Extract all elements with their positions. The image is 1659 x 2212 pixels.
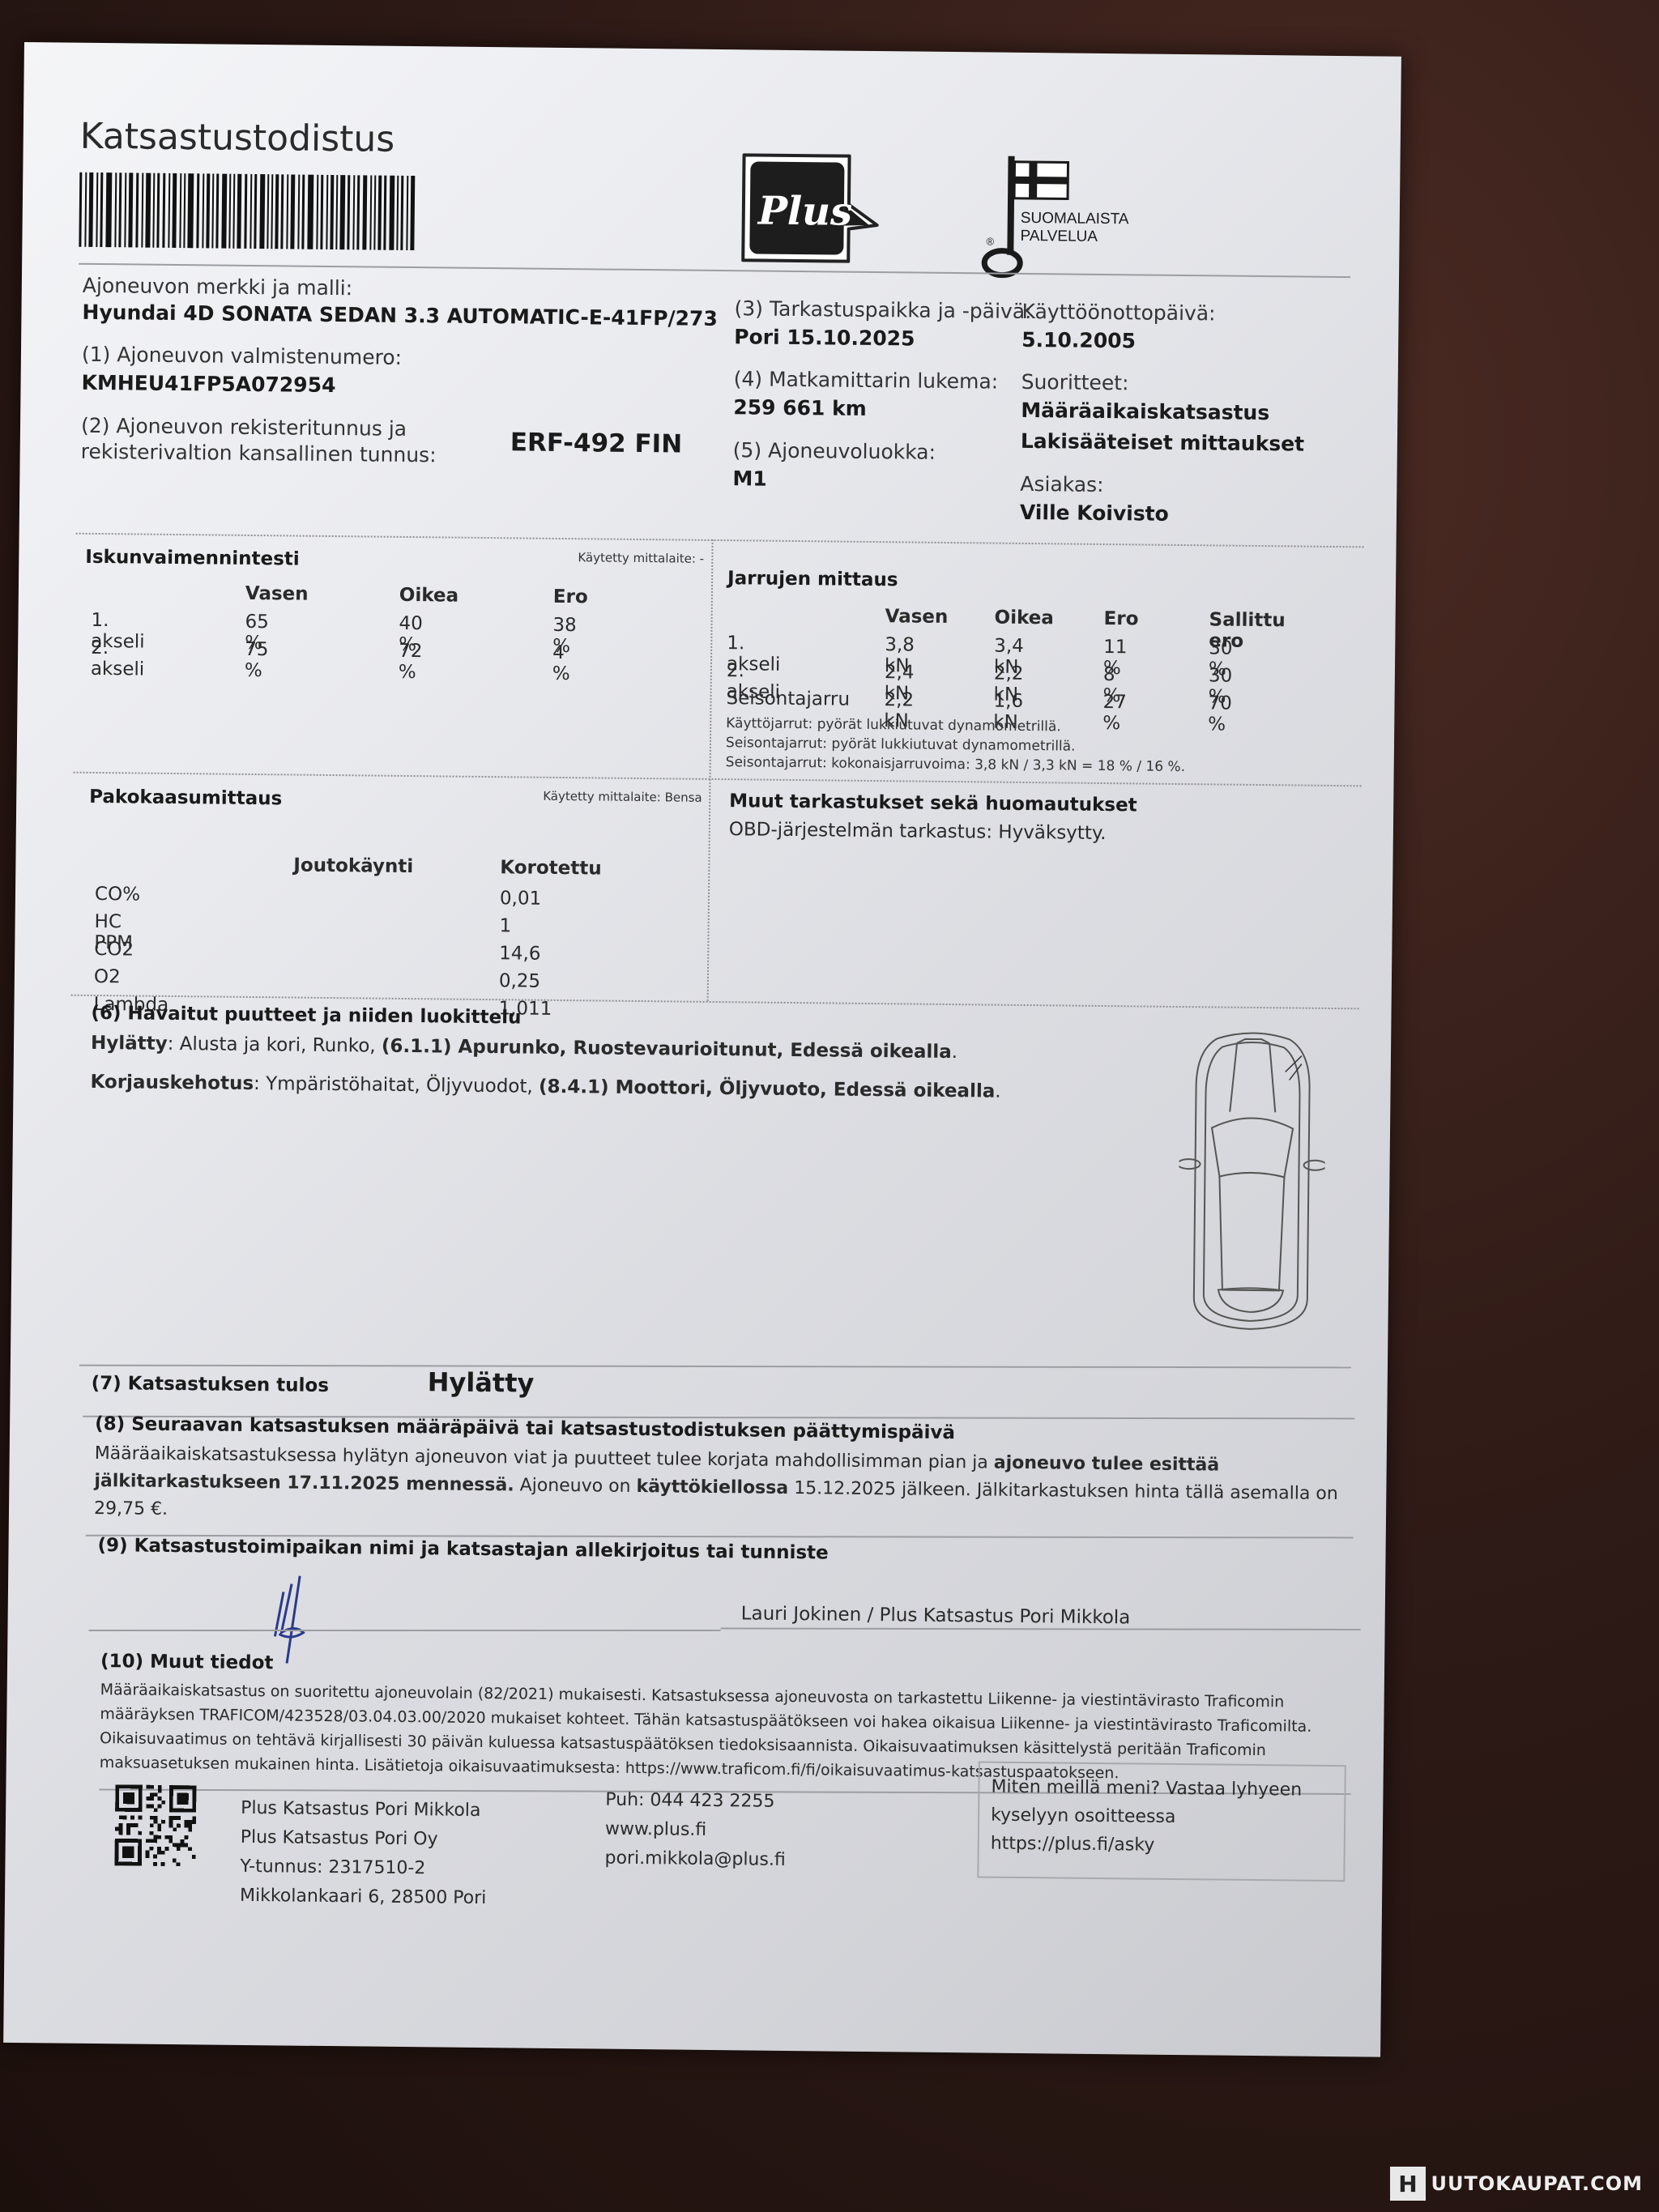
phone: Puh: 044 423 2255: [605, 1786, 787, 1817]
odometer-value: 259 661 km: [733, 395, 867, 420]
document-title: Katsastustodistus: [80, 116, 395, 160]
brake-test-table: VasenOikeaEroSallittu ero1. akseli3,8 kN…: [726, 604, 727, 715]
email-link[interactable]: pori.mikkola@plus.fi: [604, 1844, 786, 1875]
table-cell: CO%: [95, 884, 140, 906]
defects-title: (6) Havaitut puutteet ja niiden luokitte…: [91, 1003, 521, 1029]
defect-severity: Hylätty: [91, 1033, 168, 1055]
table-cell: 2. akseli: [91, 637, 145, 680]
plus-logo: Plus: [735, 147, 882, 270]
table-cell: O2: [94, 966, 121, 987]
place-date-label: (3) Tarkastuspaikka ja -päivä:: [734, 296, 1031, 323]
first-use-label: Käyttöönottopäivä:: [1021, 300, 1215, 326]
table-cell: 14,6: [499, 943, 540, 965]
service-item: Lakisääteiset mittaukset: [1021, 429, 1304, 456]
company-line: Plus Katsastus Pori Mikkola: [241, 1794, 488, 1826]
column-header: Oikea: [994, 607, 1054, 629]
company-line: Mikkolankaari 6, 28500 Pori: [240, 1882, 487, 1913]
svg-text:®: ®: [986, 235, 994, 247]
make-model-value: Hyundai 4D SONATA SEDAN 3.3 AUTOMATIC-E-…: [82, 300, 718, 330]
customer-value: Ville Koivisto: [1020, 501, 1169, 526]
place-date-value: Pori 15.10.2025: [734, 325, 915, 350]
defect-item: Korjauskehotus: Ympäristöhaitat, Öljyvuo…: [90, 1072, 1000, 1102]
reg-label-2: rekisterivaltion kansallinen tunnus:: [81, 440, 437, 467]
column-header: Joutokäynti: [293, 855, 413, 878]
shock-test-table: VasenOikeaEro1. akseli65 %40 %38 %2. aks…: [91, 582, 92, 665]
other-checks-text: OBD-järjestelmän tarkastus: Hyväksytty.: [729, 819, 1107, 844]
table-cell: 0,01: [500, 888, 541, 910]
other-info-title: (10) Muut tiedot: [100, 1651, 274, 1673]
usage-ban: käyttökiellossa: [636, 1477, 788, 1498]
qr-code: [114, 1784, 196, 1866]
inspector-signature: [250, 1567, 348, 1665]
table-cell: 0,25: [499, 970, 540, 992]
divider: [707, 539, 714, 1001]
defect-text: : Ympäristöhaitat, Öljyvuodot,: [254, 1073, 539, 1097]
other-checks-title: Muut tarkastukset sekä huomautukset: [729, 791, 1137, 816]
survey-text: Miten meillä meni? Vastaa lyhyeen kysely…: [979, 1762, 1344, 1871]
divider: [79, 1365, 1351, 1369]
next-inspection-plain: Ajoneuvo on: [514, 1475, 637, 1497]
brake-notes: Käyttöjarrut: pyörät lukkiutuvat dynamom…: [726, 714, 1186, 777]
column-header: Ero: [1103, 608, 1138, 629]
company-line: Plus Katsastus Pori Oy: [241, 1823, 488, 1855]
divider: [721, 1628, 1361, 1630]
huutokaupat-logo-icon: H: [1390, 2167, 1426, 2201]
defect-text: .: [995, 1081, 1001, 1102]
defect-item: Hylätty: Alusta ja kori, Runko, (6.1.1) …: [91, 1033, 957, 1063]
reg-label-1: (2) Ajoneuvon rekisteritunnus ja: [81, 414, 407, 441]
signature-title: (9) Katsastustoimipaikan nimi ja katsast…: [97, 1535, 828, 1563]
suomalaista-palvelua-key-icon: SUOMALAISTA PALVELUA ®: [978, 149, 1166, 280]
company-info: Plus Katsastus Pori Mikkola Plus Katsast…: [240, 1794, 488, 1913]
website-link[interactable]: www.plus.fi: [605, 1815, 787, 1846]
svg-text:PALVELUA: PALVELUA: [1020, 228, 1098, 245]
vin-label: (1) Ajoneuvon valmistenumero:: [82, 343, 402, 369]
service-item: Määräaikaiskatsastus: [1021, 399, 1269, 424]
column-header: Vasen: [885, 606, 948, 628]
next-inspection-text: Määräaikaiskatsastuksessa hylätyn ajoneu…: [94, 1440, 1350, 1536]
car-diagram: [1177, 1022, 1326, 1340]
registration-number: ERF-492 FIN: [510, 428, 683, 458]
column-header: Vasen: [245, 583, 309, 605]
huutokaupat-watermark: H UUTOKAUPAT.COM: [1390, 2167, 1643, 2201]
customer-label: Asiakas:: [1020, 472, 1104, 497]
brake-test-title: Jarrujen mittaus: [727, 568, 898, 590]
table-cell: Seisontajarru: [726, 688, 850, 710]
defect-text: .: [952, 1042, 958, 1063]
survey-box: Miten meillä meni? Vastaa lyhyeen kysely…: [977, 1761, 1346, 1882]
column-header: Ero: [553, 586, 588, 607]
defect-code: (8.4.1) Moottori, Öljyvuoto, Edessä oike…: [539, 1076, 995, 1102]
result-value: Hylätty: [428, 1366, 535, 1398]
exhaust-test-title: Pakokaasumittaus: [89, 786, 282, 809]
shock-test-title: Iskunvaimennintesti: [85, 547, 300, 570]
table-cell: 4 %: [552, 642, 570, 684]
vin-value: KMHEU41FP5A072954: [81, 371, 335, 397]
table-cell: CO2: [94, 939, 134, 961]
table-cell: 70 %: [1208, 693, 1232, 735]
defect-code: (6.1.1) Apurunko, Ruostevaurioitunut, Ed…: [382, 1036, 952, 1063]
exhaust-test-device: Käytetty mittalaite: Bensa: [543, 789, 702, 805]
next-inspection-plain: Määräaikaiskatsastuksessa hylätyn ajoneu…: [95, 1443, 994, 1473]
signature-line: [88, 1630, 720, 1631]
make-model-label: Ajoneuvon merkki ja malli:: [83, 274, 353, 300]
first-use-value: 5.10.2005: [1021, 328, 1136, 352]
inspector-name: Lauri Jokinen / Plus Katsastus Pori Mikk…: [741, 1603, 1131, 1628]
class-label: (5) Ajoneuvoluokka:: [733, 438, 936, 464]
contact-info: Puh: 044 423 2255 www.plus.fi pori.mikko…: [604, 1786, 786, 1875]
company-line: Y-tunnus: 2317510-2: [240, 1852, 487, 1884]
odometer-label: (4) Matkamittarin lukema:: [734, 367, 999, 393]
table-cell: 72 %: [399, 641, 423, 683]
divider: [76, 533, 1364, 548]
brake-note: Seisontajarrut: kokonaisjarruvoima: 3,8 …: [726, 752, 1186, 777]
inspection-certificate: Katsastustodistus Plus SUOMALAISTA PALVE…: [3, 42, 1401, 2057]
shock-test-device: Käytetty mittalaite: -: [578, 550, 704, 566]
table-cell: 1: [499, 915, 511, 936]
result-label: (7) Katsastuksen tulos: [92, 1373, 330, 1396]
svg-text:SUOMALAISTA: SUOMALAISTA: [1021, 210, 1129, 228]
barcode: [79, 173, 650, 253]
table-cell: 75 %: [245, 639, 269, 681]
class-value: M1: [732, 467, 767, 490]
svg-text:Plus: Plus: [757, 188, 853, 234]
watermark-text: UUTOKAUPAT.COM: [1431, 2172, 1643, 2195]
defect-severity: Korjauskehotus: [90, 1072, 254, 1094]
column-header: Korotettu: [500, 857, 602, 879]
services-label: Suoritteet:: [1021, 370, 1129, 394]
defect-text: : Alusta ja kori, Runko,: [168, 1034, 382, 1057]
column-header: Oikea: [399, 585, 459, 607]
